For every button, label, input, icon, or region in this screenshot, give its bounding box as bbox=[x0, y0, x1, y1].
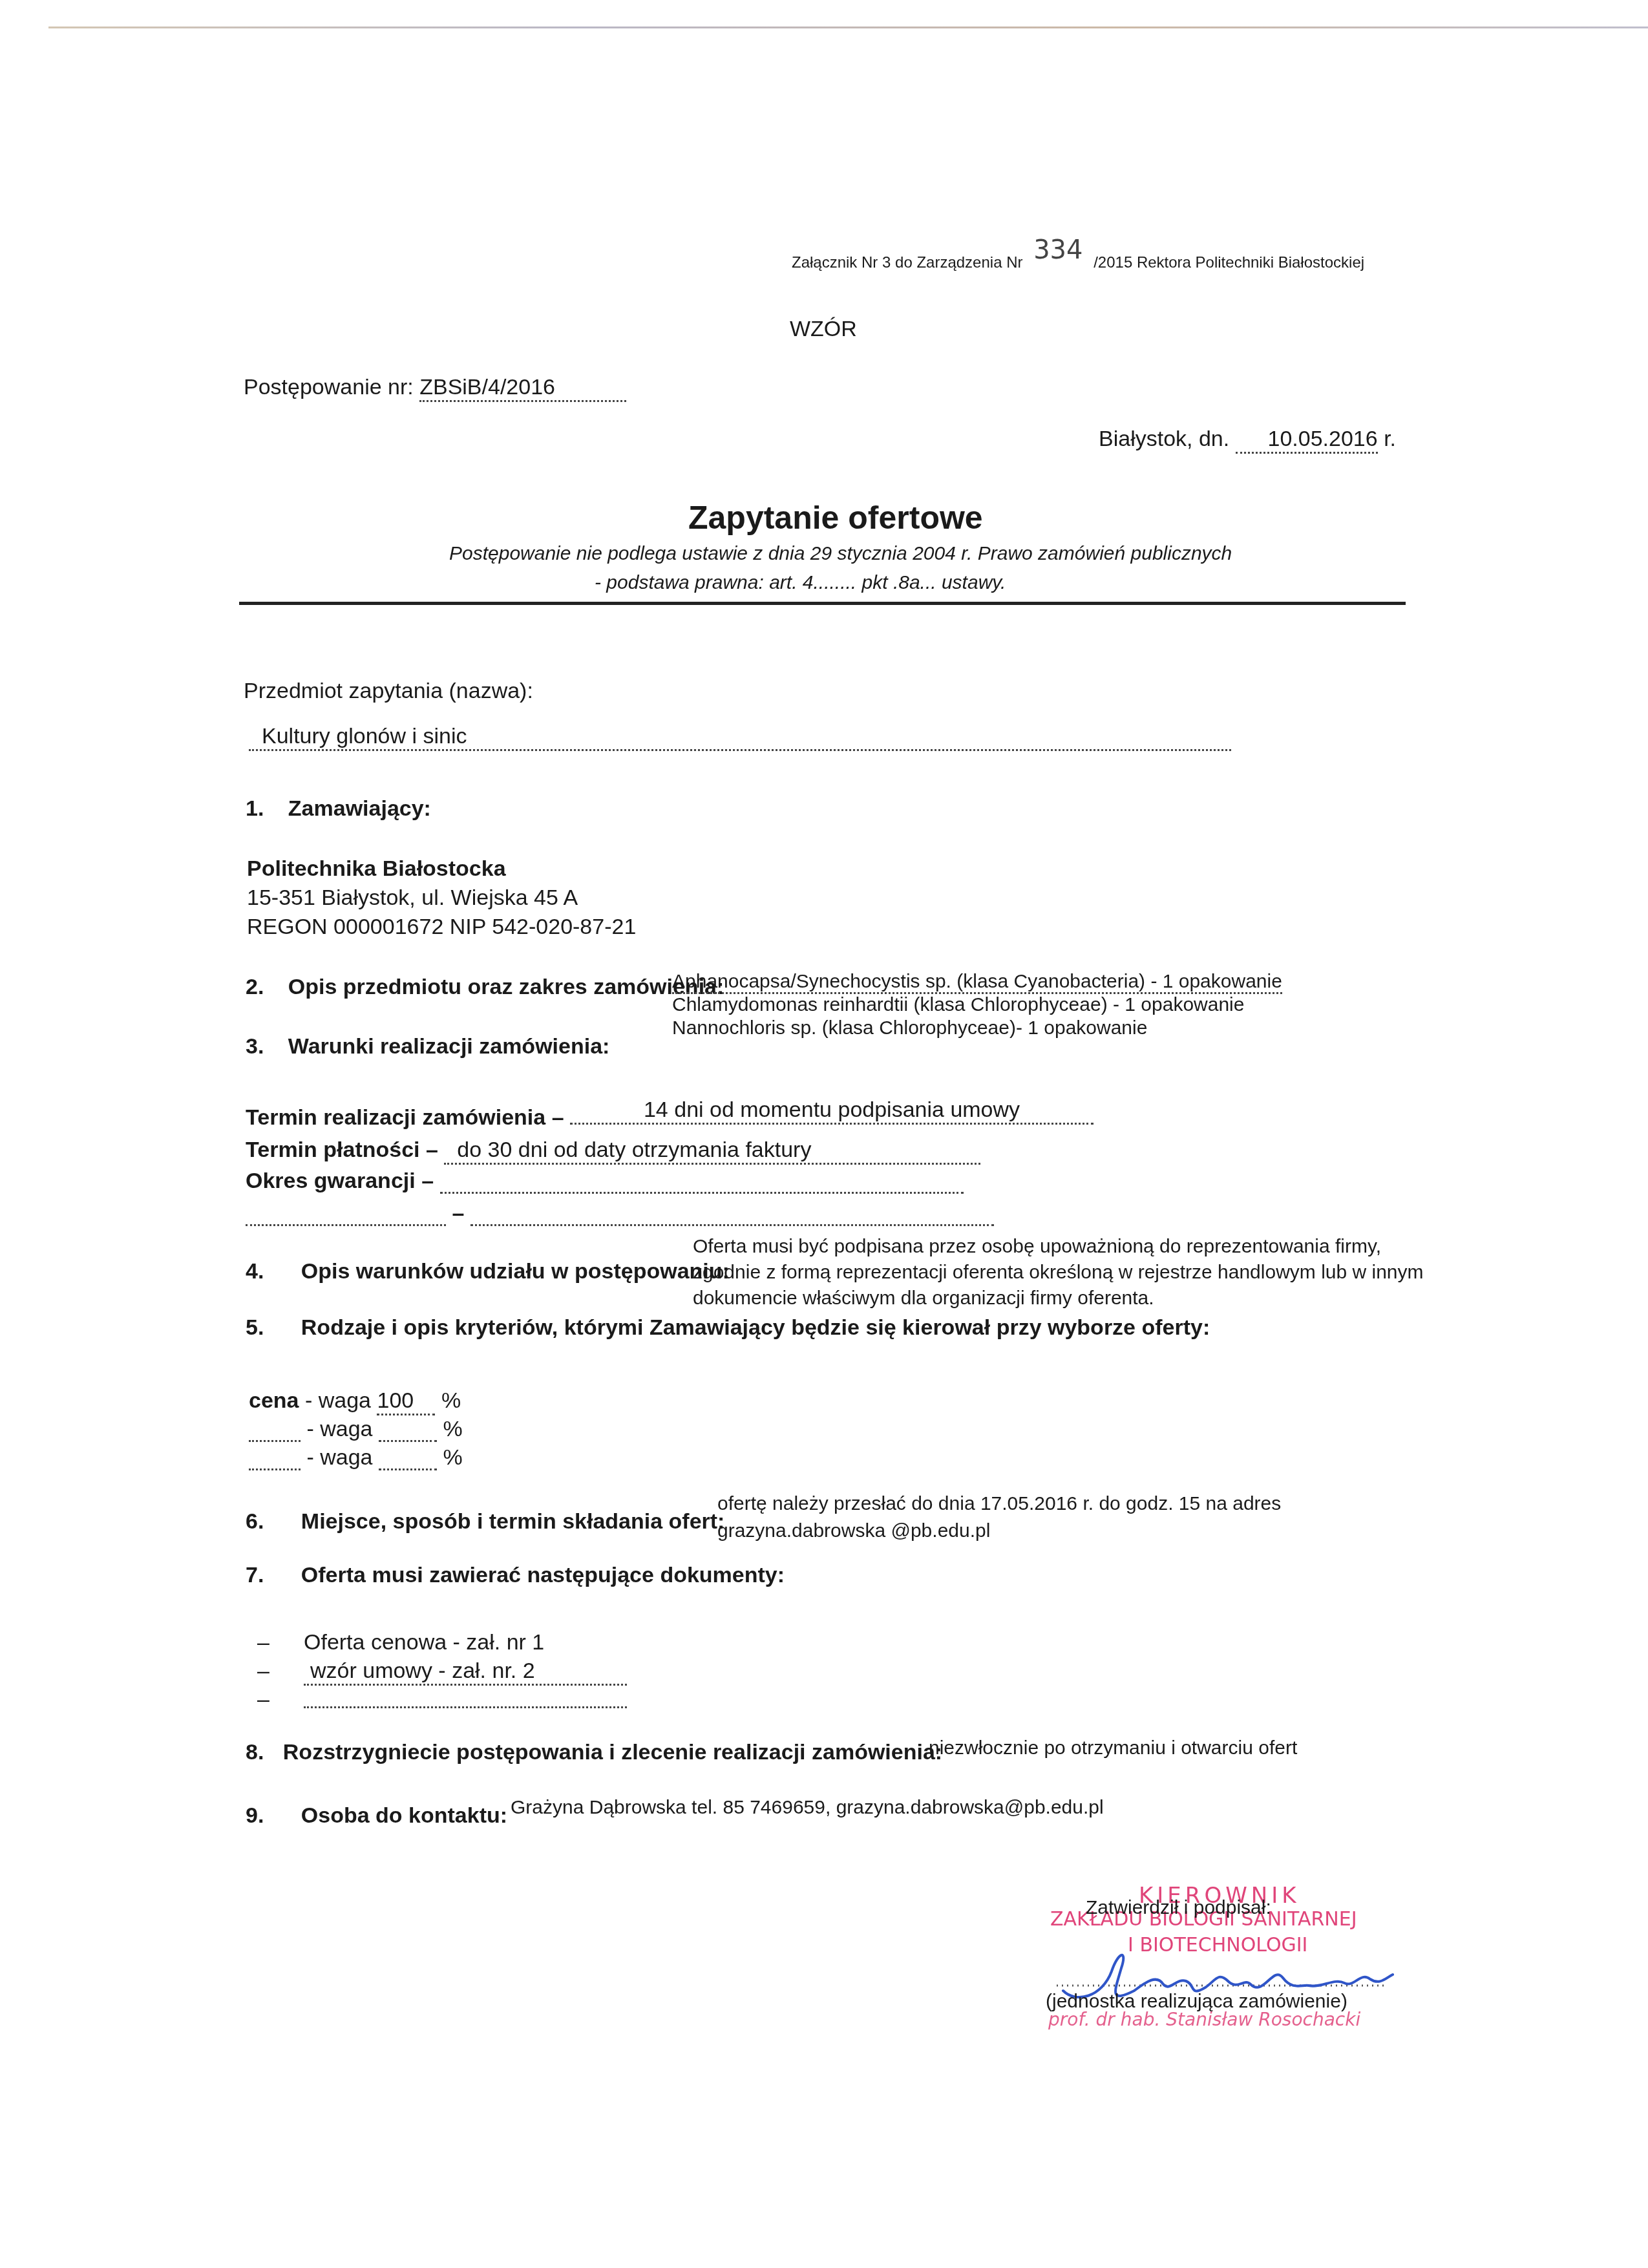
section-title: Zamawiający: bbox=[288, 796, 431, 821]
contact-person-value[interactable]: Grażyna Dąbrowska tel. 85 7469659, grazy… bbox=[511, 1797, 1104, 1819]
participation-line-1: Oferta musi być podpisana przez osobę up… bbox=[693, 1236, 1381, 1258]
payment-term-label: Termin płatności – bbox=[246, 1138, 438, 1162]
submission-email[interactable]: grazyna.dabrowska @pb.edu.pl bbox=[717, 1520, 990, 1542]
order-item-text: Aphanocapsa/Synechocystis sp. (klasa Cya… bbox=[672, 971, 1282, 994]
proceeding-label: Postępowanie nr: bbox=[244, 375, 414, 399]
proceeding-number-field: Postępowanie nr: ZBSiB/4/2016 bbox=[244, 375, 626, 402]
section-number: 6. bbox=[246, 1509, 264, 1534]
section-6-heading: 6. Miejsce, sposób i termin składania of… bbox=[246, 1509, 724, 1534]
bullet: – bbox=[257, 1687, 269, 1712]
section-2-heading: 2. Opis przedmiotu oraz zakres zamówieni… bbox=[246, 975, 724, 1000]
proceeding-number[interactable]: ZBSiB/4/2016 bbox=[419, 375, 626, 402]
criterion-separator: - waga bbox=[306, 1445, 372, 1470]
section-5-heading: 5. Rodzaje i opis kryteriów, którymi Zam… bbox=[246, 1315, 1210, 1341]
warranty-value[interactable] bbox=[440, 1170, 964, 1194]
section-number: 7. bbox=[246, 1563, 264, 1587]
warranty-label: Okres gwarancji – bbox=[246, 1169, 434, 1193]
section-title: Rozstrzygniecie postępowania i zlecenie … bbox=[283, 1740, 942, 1765]
criterion-row-3: - waga % bbox=[249, 1445, 463, 1470]
warranty-extra-field-2[interactable] bbox=[470, 1205, 994, 1226]
order-item-2: Chlamydomonas reinhardtii (klasa Chlorop… bbox=[672, 994, 1244, 1016]
subject-label: Przedmiot zapytania (nazwa): bbox=[244, 679, 533, 704]
section-number: 1. bbox=[246, 796, 264, 821]
document-item-3: – bbox=[257, 1687, 269, 1712]
date-value[interactable]: 10.05.2016 bbox=[1236, 427, 1378, 454]
section-title: Miejsce, sposób i termin składania ofert… bbox=[301, 1509, 725, 1534]
template-label: WZÓR bbox=[790, 317, 857, 342]
criterion-name[interactable] bbox=[249, 1422, 301, 1442]
document-subtitle-line2: - podstawa prawna: art. 4........ pkt .8… bbox=[595, 572, 1006, 594]
document-item-2: – wzór umowy - zał. nr. 2 bbox=[257, 1659, 269, 1684]
section-number: 3. bbox=[246, 1034, 264, 1059]
realization-term-label: Termin realizacji zamówienia – bbox=[246, 1105, 564, 1130]
section-number: 9. bbox=[246, 1803, 264, 1828]
order-item-1: Aphanocapsa/Synechocystis sp. (klasa Cya… bbox=[672, 971, 1282, 993]
document-text[interactable] bbox=[304, 1687, 627, 1708]
section-8-heading: 8. Rozstrzygniecie postępowania i zlecen… bbox=[246, 1740, 942, 1765]
criterion-name[interactable] bbox=[249, 1450, 301, 1470]
section-title: Warunki realizacji zamówienia: bbox=[288, 1034, 610, 1059]
payment-term-value[interactable]: do 30 dni od daty otrzymania faktury bbox=[444, 1138, 980, 1165]
participation-line-2: zgodnie z formą reprezentacji oferenta o… bbox=[693, 1262, 1424, 1284]
section-4-heading: 4. Opis warunków udziału w postępowaniu: bbox=[246, 1259, 730, 1284]
dash: – bbox=[452, 1201, 464, 1225]
criterion-weight[interactable]: 100 bbox=[377, 1388, 435, 1415]
section-title: Osoba do kontaktu: bbox=[301, 1803, 507, 1828]
order-item-3: Nannochloris sp. (klasa Chlorophyceae)- … bbox=[672, 1017, 1147, 1039]
section-title: Opis warunków udziału w postępowaniu: bbox=[301, 1259, 730, 1284]
orderer-ids: REGON 000001672 NIP 542-020-87-21 bbox=[247, 915, 636, 940]
criterion-row-2: - waga % bbox=[249, 1417, 463, 1442]
annex-reference: Załącznik Nr 3 do Zarządzenia Nr 334 /20… bbox=[792, 244, 1364, 274]
date-suffix: r. bbox=[1384, 427, 1396, 451]
warranty-extra-row: – bbox=[246, 1201, 994, 1226]
criterion-unit: % bbox=[443, 1445, 462, 1470]
criterion-unit: % bbox=[441, 1388, 461, 1413]
section-number: 2. bbox=[246, 975, 264, 999]
document-text: Oferta cenowa - zał. nr 1 bbox=[304, 1630, 544, 1655]
section-title: Rodzaje i opis kryteriów, którymi Zamawi… bbox=[301, 1315, 1210, 1340]
document-subtitle-line1: Postępowanie nie podlega ustawie z dnia … bbox=[449, 543, 1232, 565]
bullet: – bbox=[257, 1630, 269, 1655]
document-text[interactable]: wzór umowy - zał. nr. 2 bbox=[304, 1659, 627, 1686]
document-item-1: – Oferta cenowa - zał. nr 1 bbox=[257, 1630, 269, 1655]
submission-line-1: ofertę należy przesłać do dnia 17.05.201… bbox=[717, 1493, 1281, 1515]
section-3-heading: 3. Warunki realizacji zamówienia: bbox=[246, 1034, 609, 1059]
section-number: 5. bbox=[246, 1315, 264, 1340]
subject-value: Kultury glonów i sinic bbox=[249, 724, 467, 748]
resolution-value: niezwłocznie po otrzymaniu i otwarciu of… bbox=[929, 1737, 1297, 1759]
document-title: Zapytanie ofertowe bbox=[688, 499, 983, 536]
orderer-address: 15-351 Białystok, ul. Wiejska 45 A bbox=[247, 885, 578, 911]
stamp-signatory-name: prof. dr hab. Stanisław Rosochacki bbox=[1048, 2009, 1360, 2030]
warranty-row: Okres gwarancji – bbox=[246, 1169, 964, 1194]
orderer-name: Politechnika Białostocka bbox=[247, 856, 506, 882]
payment-term-row: Termin płatności – do 30 dni od daty otr… bbox=[246, 1138, 980, 1165]
scan-edge-line bbox=[48, 26, 1648, 28]
section-number: 8. bbox=[246, 1740, 264, 1765]
realization-term-value[interactable]: 14 dni od momentu podpisania umowy bbox=[570, 1097, 1093, 1125]
section-title: Oferta musi zawierać następujące dokumen… bbox=[301, 1563, 785, 1587]
bullet: – bbox=[257, 1659, 269, 1683]
annex-number-handwritten: 334 bbox=[1033, 235, 1083, 265]
criterion-weight[interactable] bbox=[379, 1450, 437, 1470]
approval-label: Zatwierdził i podpisał: bbox=[1086, 1897, 1271, 1919]
title-divider bbox=[239, 602, 1406, 605]
realization-term-row: Termin realizacji zamówienia – 14 dni od… bbox=[246, 1105, 1093, 1132]
place-date-field: Białystok, dn. 10.05.2016 r. bbox=[1099, 427, 1396, 454]
section-title: Opis przedmiotu oraz zakres zamówienia: bbox=[288, 975, 724, 999]
annex-suffix: /2015 Rektora Politechniki Białostockiej bbox=[1093, 254, 1364, 271]
section-number: 4. bbox=[246, 1259, 264, 1284]
warranty-extra-field-1[interactable] bbox=[246, 1205, 446, 1226]
section-1-heading: 1. Zamawiający: bbox=[246, 796, 431, 821]
section-9-heading: 9. Osoba do kontaktu: bbox=[246, 1803, 507, 1828]
criterion-separator: - waga bbox=[305, 1388, 371, 1413]
section-7-heading: 7. Oferta musi zawierać następujące doku… bbox=[246, 1563, 785, 1588]
place-date-label: Białystok, dn. bbox=[1099, 427, 1229, 451]
annex-prefix: Załącznik Nr 3 do Zarządzenia Nr bbox=[792, 254, 1022, 271]
criterion-weight[interactable] bbox=[379, 1422, 437, 1442]
criterion-row-1: cena - waga 100 % bbox=[249, 1388, 461, 1415]
participation-line-3: dokumencie właściwym dla organizacji fir… bbox=[693, 1288, 1154, 1309]
criterion-separator: - waga bbox=[306, 1417, 372, 1441]
criterion-name: cena bbox=[249, 1388, 299, 1413]
criterion-unit: % bbox=[443, 1417, 462, 1441]
subject-field[interactable]: Kultury glonów i sinic bbox=[249, 724, 1231, 751]
